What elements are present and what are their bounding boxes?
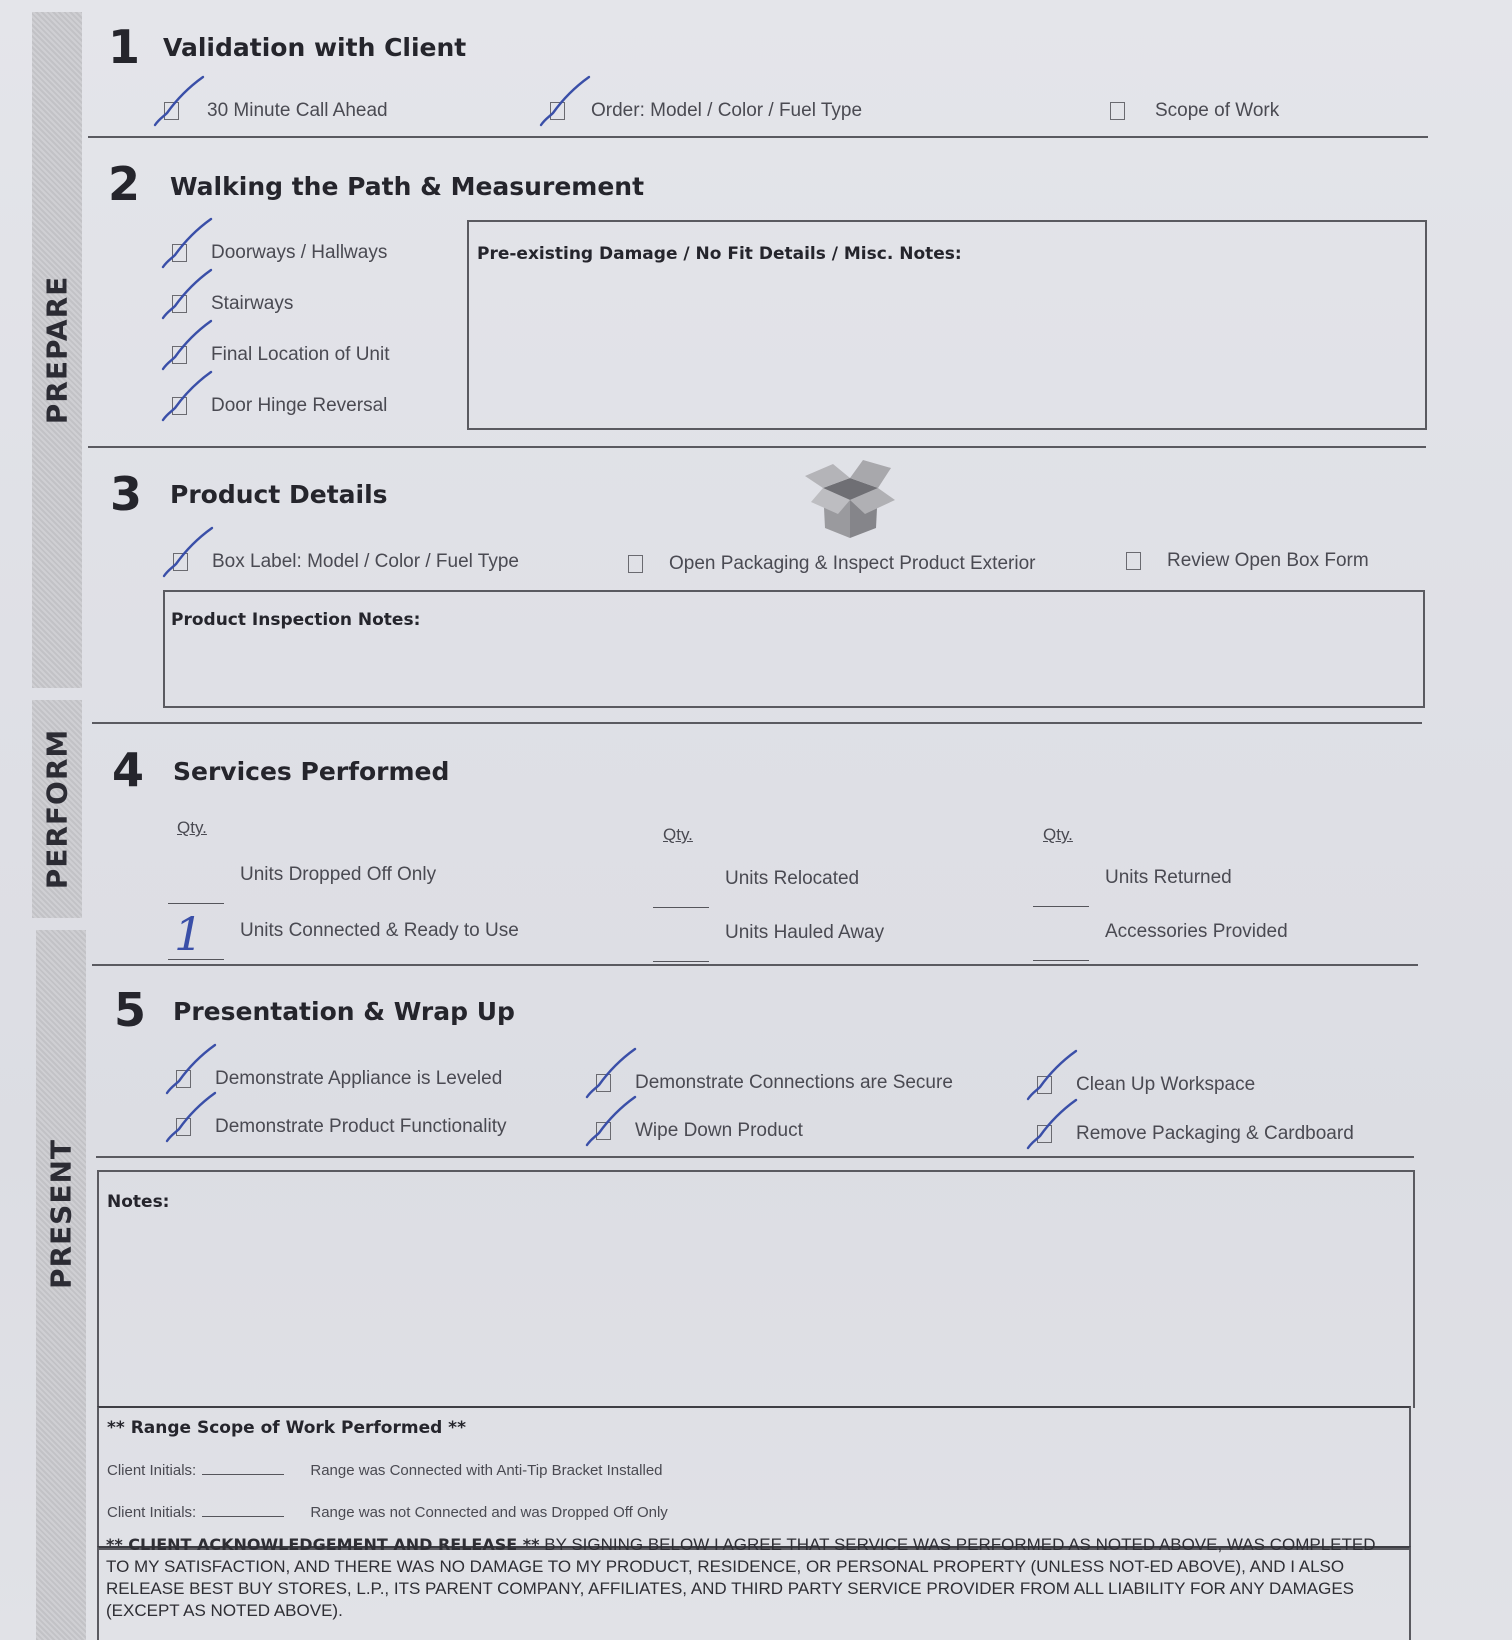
checkbox-box[interactable]	[596, 1122, 611, 1140]
section-divider	[88, 446, 1426, 448]
qty-field[interactable]	[1033, 960, 1089, 961]
checkmark-icon	[581, 1093, 641, 1153]
checkbox-label: Demonstrate Product Functionality	[215, 1116, 506, 1138]
checkbox-wipe-down[interactable]: Wipe Down Product	[596, 1120, 803, 1142]
range-scope-title: ** Range Scope of Work Performed **	[107, 1418, 466, 1438]
checkbox-box[interactable]	[173, 553, 188, 571]
section-divider	[96, 1156, 1414, 1158]
service-label: Accessories Provided	[1105, 921, 1288, 943]
section-divider	[92, 964, 1418, 966]
section-2-title: Walking the Path & Measurement	[170, 172, 644, 201]
checkbox-remove-packaging[interactable]: Remove Packaging & Cardboard	[1037, 1123, 1354, 1145]
range-row-text: Range was not Connected and was Dropped …	[310, 1504, 667, 1521]
phase-band-present: PRESENT	[36, 930, 86, 1640]
checkbox-open-packaging[interactable]: Open Packaging & Inspect Product Exterio…	[628, 553, 1035, 575]
checkbox-box[interactable]	[1110, 102, 1125, 120]
qty-field[interactable]	[1033, 906, 1089, 907]
damage-notes-label: Pre-existing Damage / No Fit Details / M…	[477, 244, 962, 264]
client-initials-label: Client Initials:	[107, 1504, 196, 1521]
checkbox-product-functionality[interactable]: Demonstrate Product Functionality	[176, 1116, 506, 1138]
acknowledgement-text: ** CLIENT ACKNOWLEDGEMENT AND RELEASE **…	[106, 1534, 1386, 1622]
checkbox-connections-secure[interactable]: Demonstrate Connections are Secure	[596, 1072, 953, 1094]
checkbox-box[interactable]	[172, 397, 187, 415]
client-initials-label: Client Initials:	[107, 1462, 196, 1479]
qty-value: 1	[174, 907, 203, 961]
qty-field[interactable]	[653, 907, 709, 908]
client-initials-field[interactable]	[202, 1474, 284, 1475]
service-units-returned: Units Returned	[1033, 867, 1232, 889]
checkbox-label: Stairways	[211, 293, 293, 315]
damage-notes-field[interactable]: Pre-existing Damage / No Fit Details / M…	[467, 220, 1427, 430]
checkbox-stairways[interactable]: Stairways	[172, 293, 293, 315]
section-1-title: Validation with Client	[163, 33, 466, 62]
product-inspection-notes-label: Product Inspection Notes:	[171, 610, 420, 630]
checkbox-label: Demonstrate Appliance is Leveled	[215, 1068, 502, 1090]
checkbox-order-model-color-fuel[interactable]: Order: Model / Color / Fuel Type	[550, 100, 862, 122]
range-row-text: Range was Connected with Anti-Tip Bracke…	[310, 1462, 662, 1479]
notes-label: Notes:	[107, 1192, 169, 1212]
range-row-connected: Client Initials: Range was Connected wit…	[107, 1462, 663, 1479]
checkbox-box[interactable]	[550, 102, 565, 120]
checkbox-final-location[interactable]: Final Location of Unit	[172, 344, 390, 366]
notes-field[interactable]: Notes:	[97, 1170, 1415, 1408]
checkmark-icon	[149, 73, 209, 133]
checkbox-clean-workspace[interactable]: Clean Up Workspace	[1037, 1074, 1255, 1096]
checkbox-label: Review Open Box Form	[1167, 550, 1369, 572]
qty-field[interactable]	[168, 903, 224, 904]
checkbox-doorways-hallways[interactable]: Doorways / Hallways	[172, 242, 387, 264]
checkbox-label: Remove Packaging & Cardboard	[1076, 1123, 1354, 1145]
checkbox-box[interactable]	[172, 346, 187, 364]
service-label: Units Returned	[1105, 867, 1232, 889]
section-2-number: 2	[108, 157, 140, 211]
acknowledgement-heading: ** CLIENT ACKNOWLEDGEMENT AND RELEASE **	[106, 1535, 540, 1554]
service-accessories-provided: Accessories Provided	[1033, 921, 1288, 943]
checkbox-label: Final Location of Unit	[211, 344, 390, 366]
checkbox-review-open-box-form[interactable]: Review Open Box Form	[1126, 550, 1369, 572]
qty-header-col1: Qty.	[177, 818, 207, 838]
section-3-number: 3	[110, 467, 142, 521]
open-box-icon	[803, 458, 898, 540]
service-units-dropped-off: Units Dropped Off Only	[168, 864, 436, 886]
checkbox-box[interactable]	[1037, 1125, 1052, 1143]
checkbox-call-ahead[interactable]: 30 Minute Call Ahead	[164, 100, 388, 122]
checkbox-box[interactable]	[1037, 1076, 1052, 1094]
checkbox-label: Door Hinge Reversal	[211, 395, 387, 417]
checkmark-icon	[1022, 1096, 1082, 1156]
section-4-title: Services Performed	[173, 757, 449, 786]
checkbox-box[interactable]	[596, 1074, 611, 1092]
checkbox-label: Scope of Work	[1155, 100, 1279, 122]
checkbox-box[interactable]	[172, 244, 187, 262]
phase-label-perform: PERFORM	[41, 729, 74, 890]
phase-band-prepare: PREPARE	[32, 12, 82, 688]
phase-band-perform: PERFORM	[32, 700, 82, 918]
phase-label-prepare: PREPARE	[41, 276, 74, 425]
product-inspection-notes-field[interactable]: Product Inspection Notes:	[163, 590, 1425, 708]
service-label: Units Hauled Away	[725, 922, 884, 944]
checkbox-label: Wipe Down Product	[635, 1120, 803, 1142]
checkbox-box[interactable]	[628, 555, 643, 573]
checkbox-label: Doorways / Hallways	[211, 242, 387, 264]
phase-label-present: PRESENT	[45, 1139, 78, 1289]
service-checklist-form: PREPARE PERFORM PRESENT 1 Validation wit…	[0, 0, 1512, 1640]
checkbox-box[interactable]	[164, 102, 179, 120]
checkmark-icon	[158, 524, 218, 584]
service-units-relocated: Units Relocated	[653, 868, 859, 890]
section-1-number: 1	[108, 20, 140, 74]
section-divider	[92, 722, 1422, 724]
qty-header-col3: Qty.	[1043, 825, 1073, 845]
checkbox-box[interactable]	[176, 1118, 191, 1136]
checkbox-appliance-leveled[interactable]: Demonstrate Appliance is Leveled	[176, 1068, 502, 1090]
client-initials-field[interactable]	[202, 1516, 284, 1517]
checkmark-icon	[535, 73, 595, 133]
range-scope-box: ** Range Scope of Work Performed ** Clie…	[97, 1406, 1411, 1550]
checkbox-door-hinge-reversal[interactable]: Door Hinge Reversal	[172, 395, 387, 417]
section-divider	[88, 136, 1428, 138]
checkbox-box[interactable]	[172, 295, 187, 313]
checkmark-icon	[161, 1089, 221, 1149]
service-label: Units Dropped Off Only	[240, 864, 436, 886]
section-5-title: Presentation & Wrap Up	[173, 997, 515, 1026]
qty-header-col2: Qty.	[663, 825, 693, 845]
checkbox-label: Open Packaging & Inspect Product Exterio…	[669, 553, 1035, 575]
checkbox-label: 30 Minute Call Ahead	[207, 100, 388, 122]
checkbox-box-label[interactable]: Box Label: Model / Color / Fuel Type	[173, 551, 519, 573]
service-label: Units Connected & Ready to Use	[240, 920, 519, 942]
range-row-dropped-off: Client Initials: Range was not Connected…	[107, 1504, 668, 1521]
checkbox-box[interactable]	[1126, 552, 1141, 570]
service-label: Units Relocated	[725, 868, 859, 890]
checkbox-label: Box Label: Model / Color / Fuel Type	[212, 551, 519, 573]
checkbox-label: Clean Up Workspace	[1076, 1074, 1255, 1096]
checkmark-icon	[157, 368, 217, 428]
checkbox-label: Demonstrate Connections are Secure	[635, 1072, 953, 1094]
checkbox-label: Order: Model / Color / Fuel Type	[591, 100, 862, 122]
qty-field[interactable]	[653, 961, 709, 962]
checkbox-box[interactable]	[176, 1070, 191, 1088]
section-4-number: 4	[112, 743, 144, 797]
qty-field[interactable]: 1	[168, 959, 224, 960]
service-units-hauled-away: Units Hauled Away	[653, 922, 884, 944]
checkbox-scope-of-work[interactable]: Scope of Work	[1110, 100, 1279, 122]
section-3-title: Product Details	[170, 480, 388, 509]
section-5-number: 5	[114, 983, 146, 1037]
service-units-connected: 1 Units Connected & Ready to Use	[168, 920, 519, 942]
